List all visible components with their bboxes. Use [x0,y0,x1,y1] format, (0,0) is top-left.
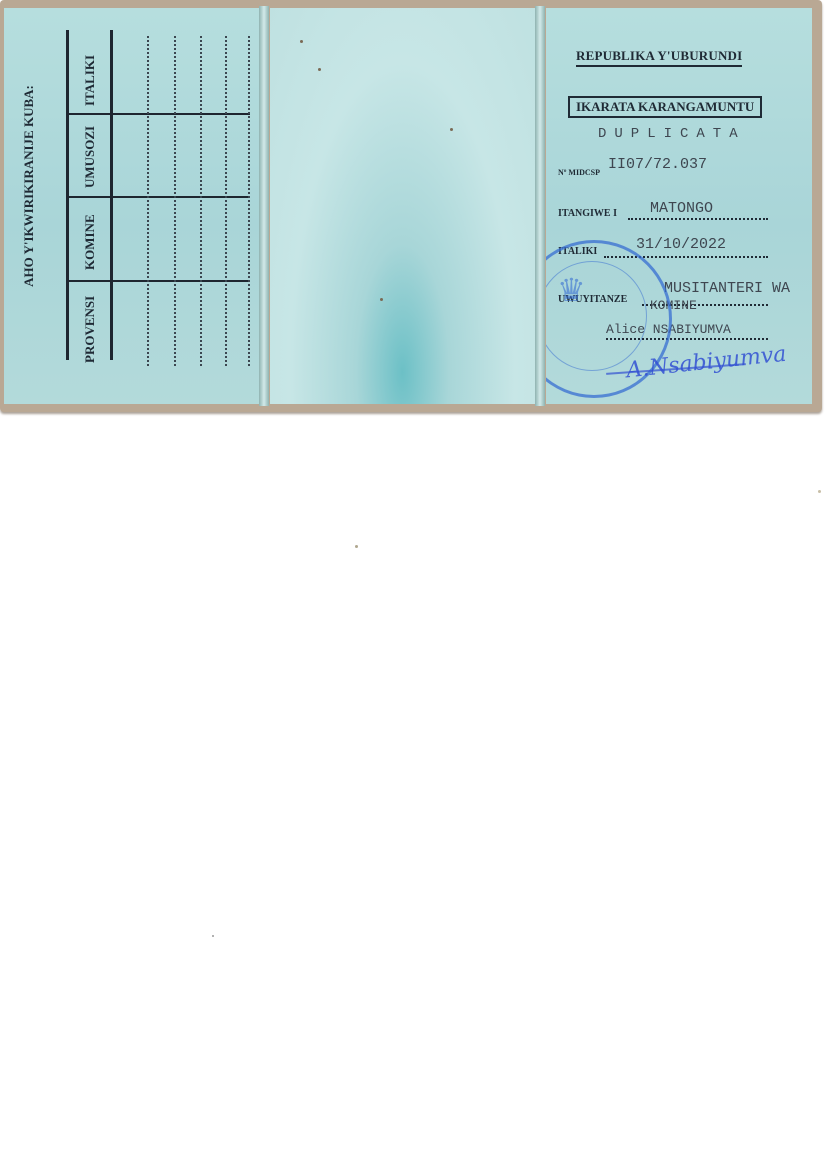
stain [318,68,321,71]
dotted-line [628,218,768,220]
column-divider [68,113,250,115]
identity-details-panel: REPUBLIKA Y'UBURUNDI IKARATA KARANGAMUNT… [546,8,812,404]
issued-at-value: MATONGO [650,200,713,217]
issuer-title-line1: MUSITANTERI WA [664,280,790,297]
residence-history-panel: AHO Y'IKWIRIKIRANIJE KUBA: PROVENSI KOMI… [4,8,259,404]
id-card: AHO Y'IKWIRIKIRANIJE KUBA: PROVENSI KOMI… [0,0,822,412]
date-value: 31/10/2022 [636,236,726,253]
scan-speck [212,935,214,937]
crown-emblem-icon: ♛ [557,271,586,309]
column-header-umusozi: UMUSOZI [82,126,98,188]
entry-line [248,36,250,366]
blank-inner-panel [270,8,535,404]
stain [450,128,453,131]
column-header-italiki: ITALIKI [82,55,98,106]
entry-line [174,36,176,366]
scan-speck [818,490,821,493]
stain [300,40,303,43]
issued-at-label: ITANGIWE I [558,208,617,219]
entry-line [225,36,227,366]
column-divider [68,280,250,282]
number-label: Nº MIDCSP [558,168,600,177]
stain [380,298,383,301]
column-header-provensi: PROVENSI [82,296,98,363]
country-header: REPUBLIKA Y'UBURUNDI [576,48,742,67]
fold-crease [259,6,269,406]
scan-speck [355,545,358,548]
entry-line [147,36,149,366]
number-value: II07/72.037 [608,156,707,173]
table-rule-left [66,30,69,360]
column-header-komine: KOMINE [82,214,98,270]
entry-line [200,36,202,366]
card-title: IKARATA KARANGAMUNTU [568,96,762,118]
duplicate-stamp: DUPLICATA [598,126,746,142]
table-rule-right [110,30,113,360]
fold-crease [535,6,545,406]
residence-history-title: AHO Y'IKWIRIKIRANIJE KUBA: [21,31,37,341]
column-divider [68,196,250,198]
